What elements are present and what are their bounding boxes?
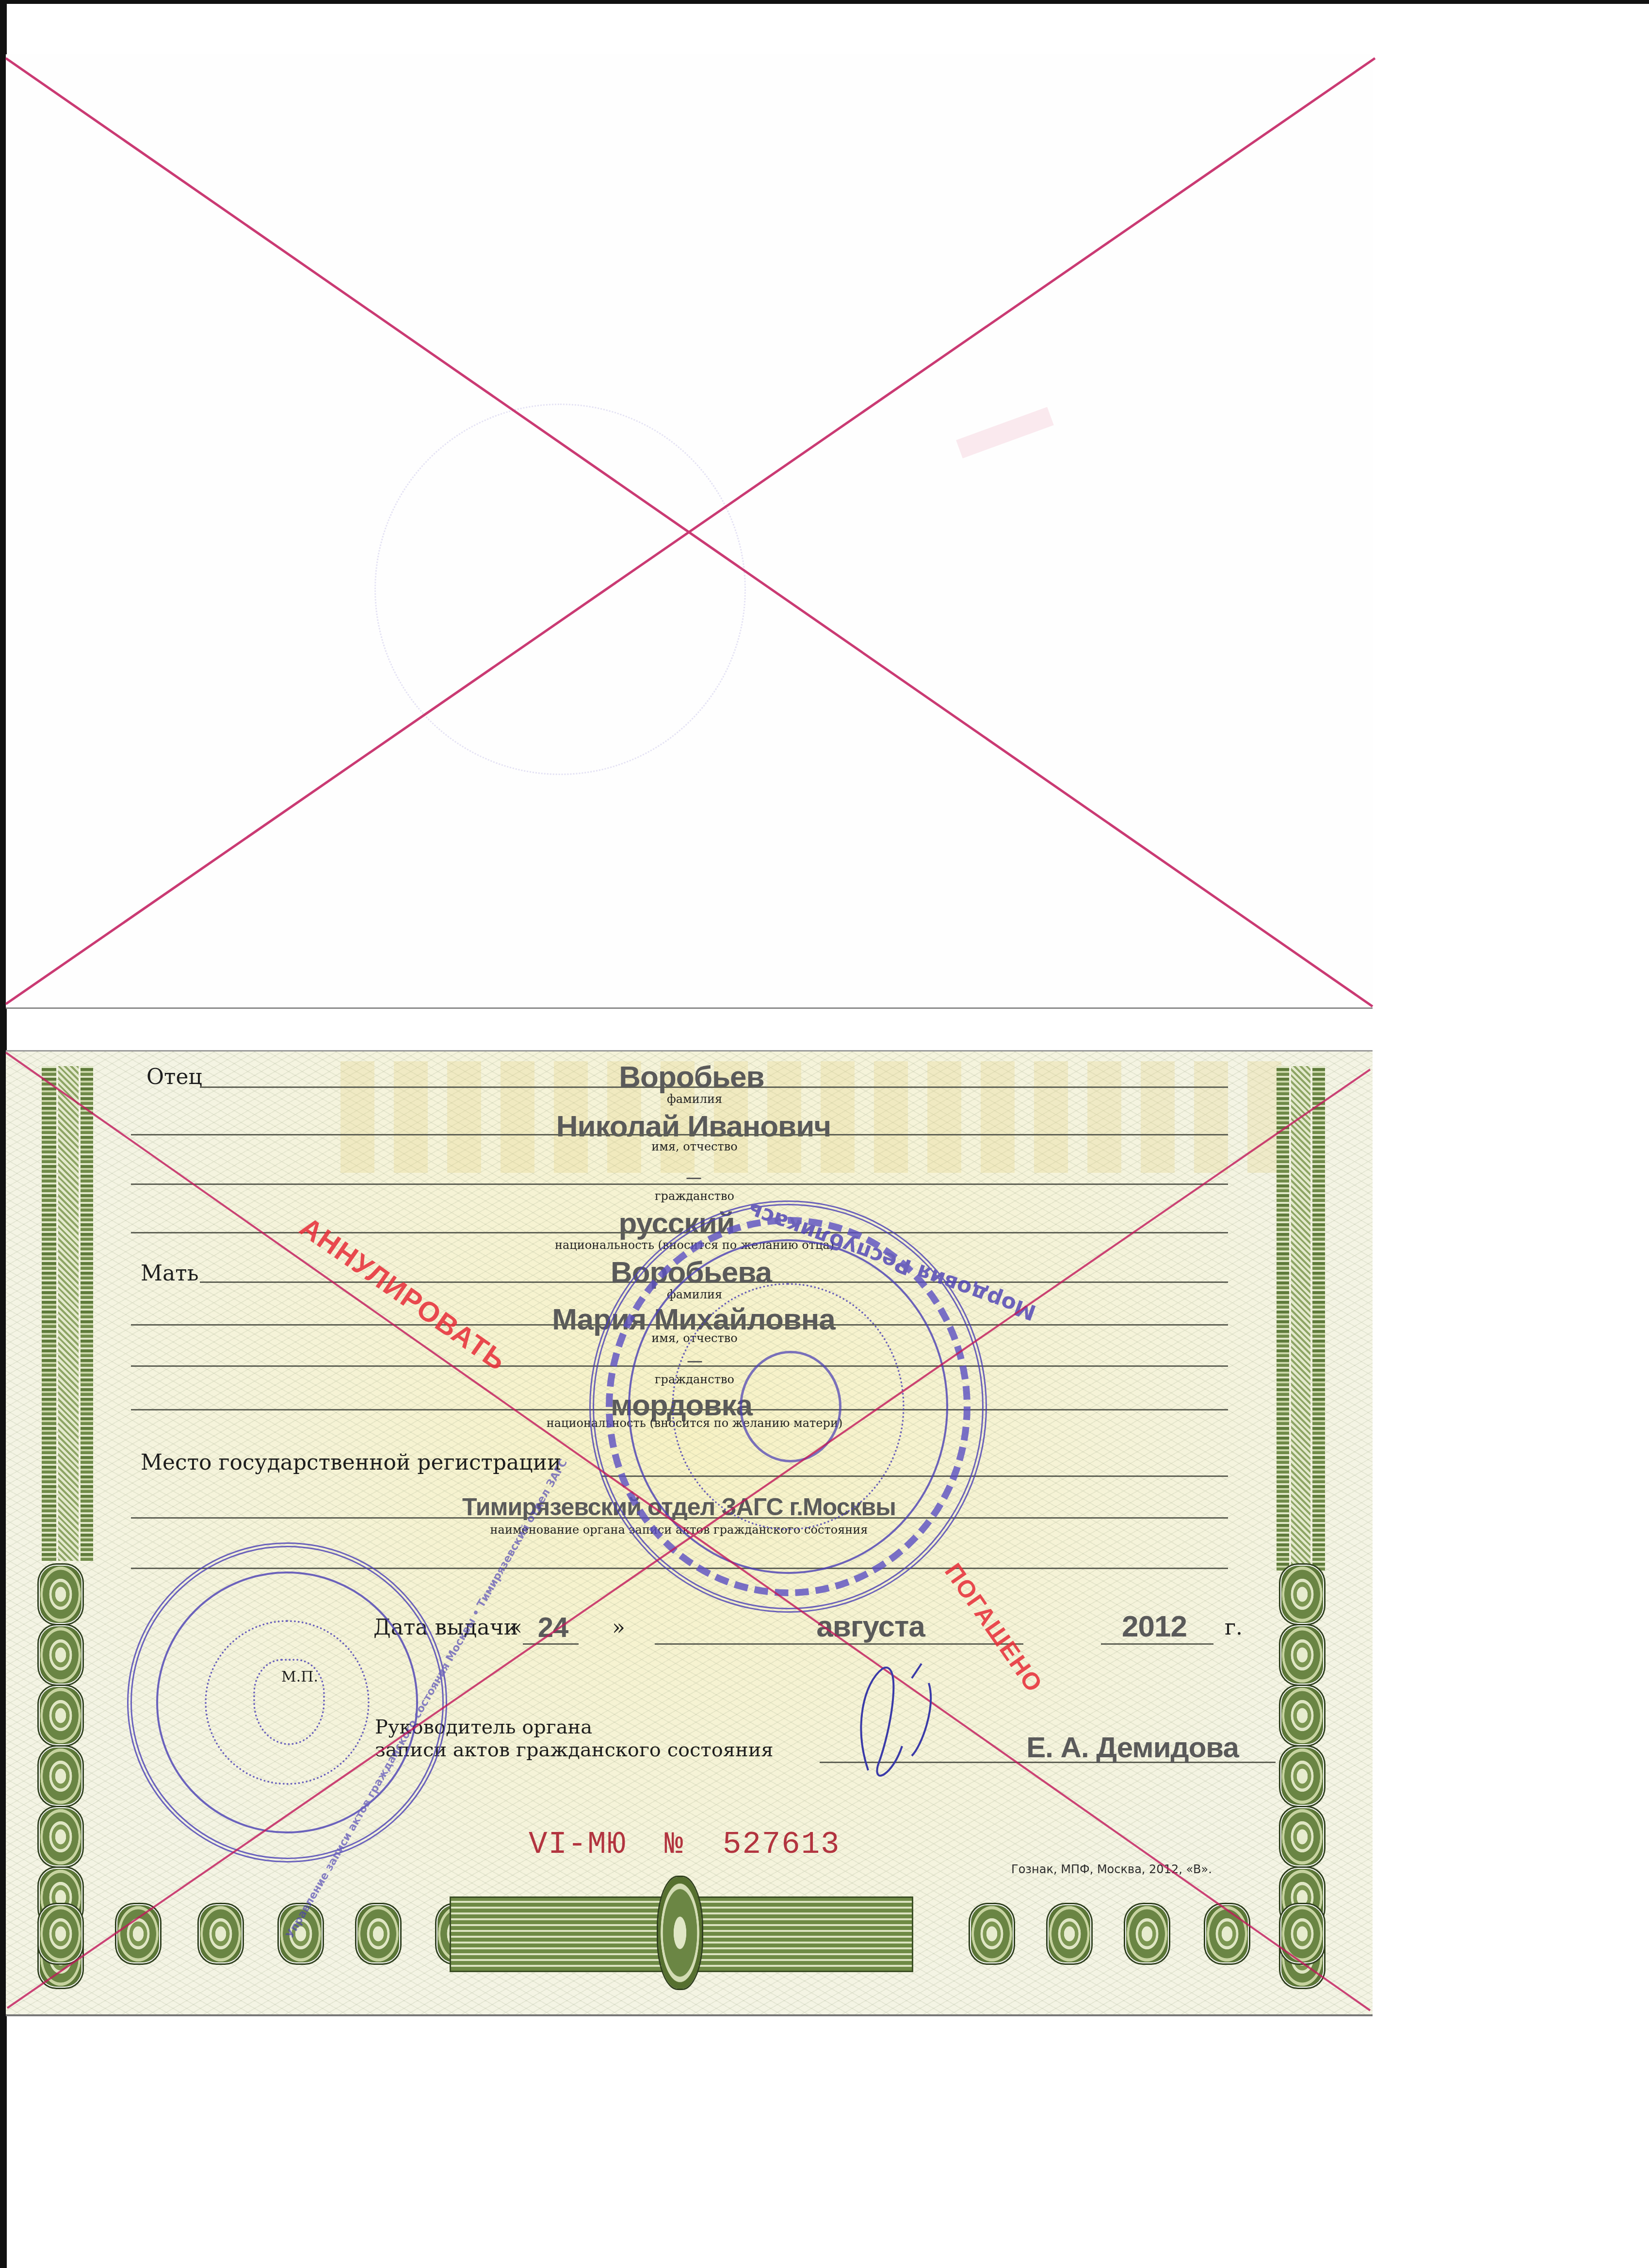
faint-red-mark: [956, 407, 1054, 458]
serial-number-sign: №: [664, 1828, 684, 1863]
issue-date-year: 2012: [1122, 1609, 1187, 1644]
father-name-caption: имя, отчество: [651, 1140, 738, 1153]
scan-edge-top: [0, 0, 1649, 4]
round-stamp-zags: Управление записи актов гражданского сос…: [127, 1542, 447, 1863]
father-surname-caption: фамилия: [667, 1092, 722, 1106]
father-citizenship-line: [131, 1183, 1228, 1185]
father-name-line: [131, 1134, 1228, 1135]
issue-date-open-quote: «: [509, 1615, 522, 1640]
issue-date-month: августа: [816, 1609, 925, 1644]
right-border-outer2: [1312, 1066, 1325, 1571]
ornament: [1281, 1905, 1323, 1962]
head-name: Е. А. Демидова: [1026, 1731, 1239, 1764]
ornament: [1049, 1905, 1090, 1962]
serial-number: 527613: [723, 1828, 840, 1863]
right-border-inner: [1291, 1066, 1310, 1571]
father-surname: Воробьев: [619, 1060, 764, 1094]
left-border-outer: [42, 1066, 56, 1561]
ornament: [1126, 1905, 1168, 1962]
document-back-page: [6, 54, 1373, 1009]
ornament: [117, 1905, 159, 1962]
left-border-outer2: [81, 1066, 93, 1561]
faint-stamp-ghost: [374, 404, 746, 775]
ornament: [1281, 1566, 1323, 1623]
issue-date-day-line: [523, 1643, 579, 1645]
ornament: [1281, 1808, 1323, 1865]
ornament: [1281, 1626, 1323, 1684]
serial-series: VI-МЮ: [529, 1828, 627, 1863]
issue-date-day: 24: [538, 1611, 568, 1644]
ornament: [1281, 1687, 1323, 1744]
ornament: [1281, 1748, 1323, 1805]
ornament: [40, 1808, 81, 1865]
sun-emblem-icon: [740, 1351, 841, 1462]
right-border-outer: [1277, 1066, 1289, 1571]
ornament: [40, 1687, 81, 1744]
ornament: [200, 1905, 242, 1962]
father-name-patronymic: Николай Иванович: [556, 1109, 831, 1144]
father-citizenship-caption: гражданство: [655, 1189, 734, 1203]
ornament: [1206, 1905, 1248, 1962]
father-label: Отец: [146, 1065, 202, 1089]
mother-label: Мать: [141, 1261, 199, 1286]
round-stamp-mordovia: Мордовия Республикась: [589, 1200, 987, 1613]
left-border-inner: [58, 1066, 79, 1561]
ornament: [971, 1905, 1013, 1962]
ornament: [40, 1566, 81, 1623]
ornament: [40, 1748, 81, 1805]
ornament: [40, 1626, 81, 1684]
printer-mark: Гознак, МПФ, Москва, 2012, «В».: [1011, 1863, 1212, 1876]
ornament: [357, 1905, 399, 1962]
issue-date-close-quote: »: [612, 1615, 625, 1640]
bottom-band-knot: [658, 1877, 702, 1989]
ornament: [40, 1905, 81, 1962]
coat-of-arms-icon: [253, 1659, 325, 1745]
registration-place-label: Место государственной регистрации: [141, 1450, 561, 1475]
issue-date-year-suffix: г.: [1225, 1615, 1243, 1640]
